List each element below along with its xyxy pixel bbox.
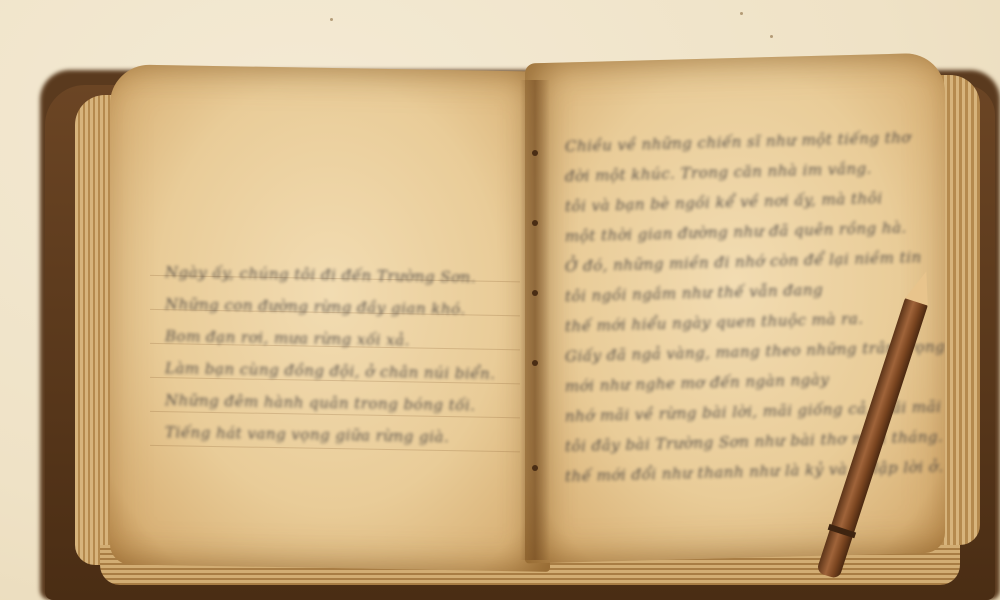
paper-speck xyxy=(740,12,743,15)
handwritten-line: Những con đường rừng đầy gian khó. xyxy=(165,295,466,318)
handwritten-line: Tiếng hát vang vọng giữa rừng già. xyxy=(165,423,449,446)
handwritten-line: mới như nghe mơ đến ngàn ngày xyxy=(565,371,829,396)
left-page: Ngày ấy, chúng tôi đi đến Trường Sơn. Nh… xyxy=(110,64,550,572)
handwritten-line: Làm bạn cùng đồng đội, ở chân núi biển. xyxy=(165,359,495,383)
handwritten-line: tôi ngồi ngắm như thế vẫn đang xyxy=(565,281,823,306)
handwritten-line: tôi và bạn bè ngồi kể về nơi ấy, mà thôi xyxy=(565,189,883,215)
binding-stitch xyxy=(532,150,538,156)
binding-stitch xyxy=(532,220,538,226)
right-page: Chiều về những chiến sĩ như một tiếng th… xyxy=(525,53,945,564)
binding-stitch xyxy=(532,360,538,366)
paper-speck xyxy=(330,18,333,21)
pencil-band xyxy=(828,524,856,538)
handwritten-line: thế mới hiểu ngày quen thuộc mà ra. xyxy=(565,310,864,336)
handwritten-line: một thời gian đường như đã quên rồng hà. xyxy=(565,219,907,246)
handwritten-line: Ở đó, những miền đi nhớ còn để lại niềm … xyxy=(565,248,922,275)
left-page-edges xyxy=(75,95,115,565)
paper-speck xyxy=(770,35,773,38)
handwritten-line: đời một khúc. Trong căn nhà im vắng. xyxy=(565,159,872,185)
handwritten-line: Bom đạn rơi, mưa rừng xối xả. xyxy=(165,327,410,349)
binding-stitch xyxy=(532,465,538,471)
handwritten-line: thế mới đổi như thanh như là kỷ và đi lậ… xyxy=(565,458,944,486)
binding-stitch xyxy=(532,290,538,296)
handwritten-line: Ngày ấy, chúng tôi đi đến Trường Sơn. xyxy=(165,263,476,286)
handwritten-line: Chiều về những chiến sĩ như một tiếng th… xyxy=(565,128,911,155)
